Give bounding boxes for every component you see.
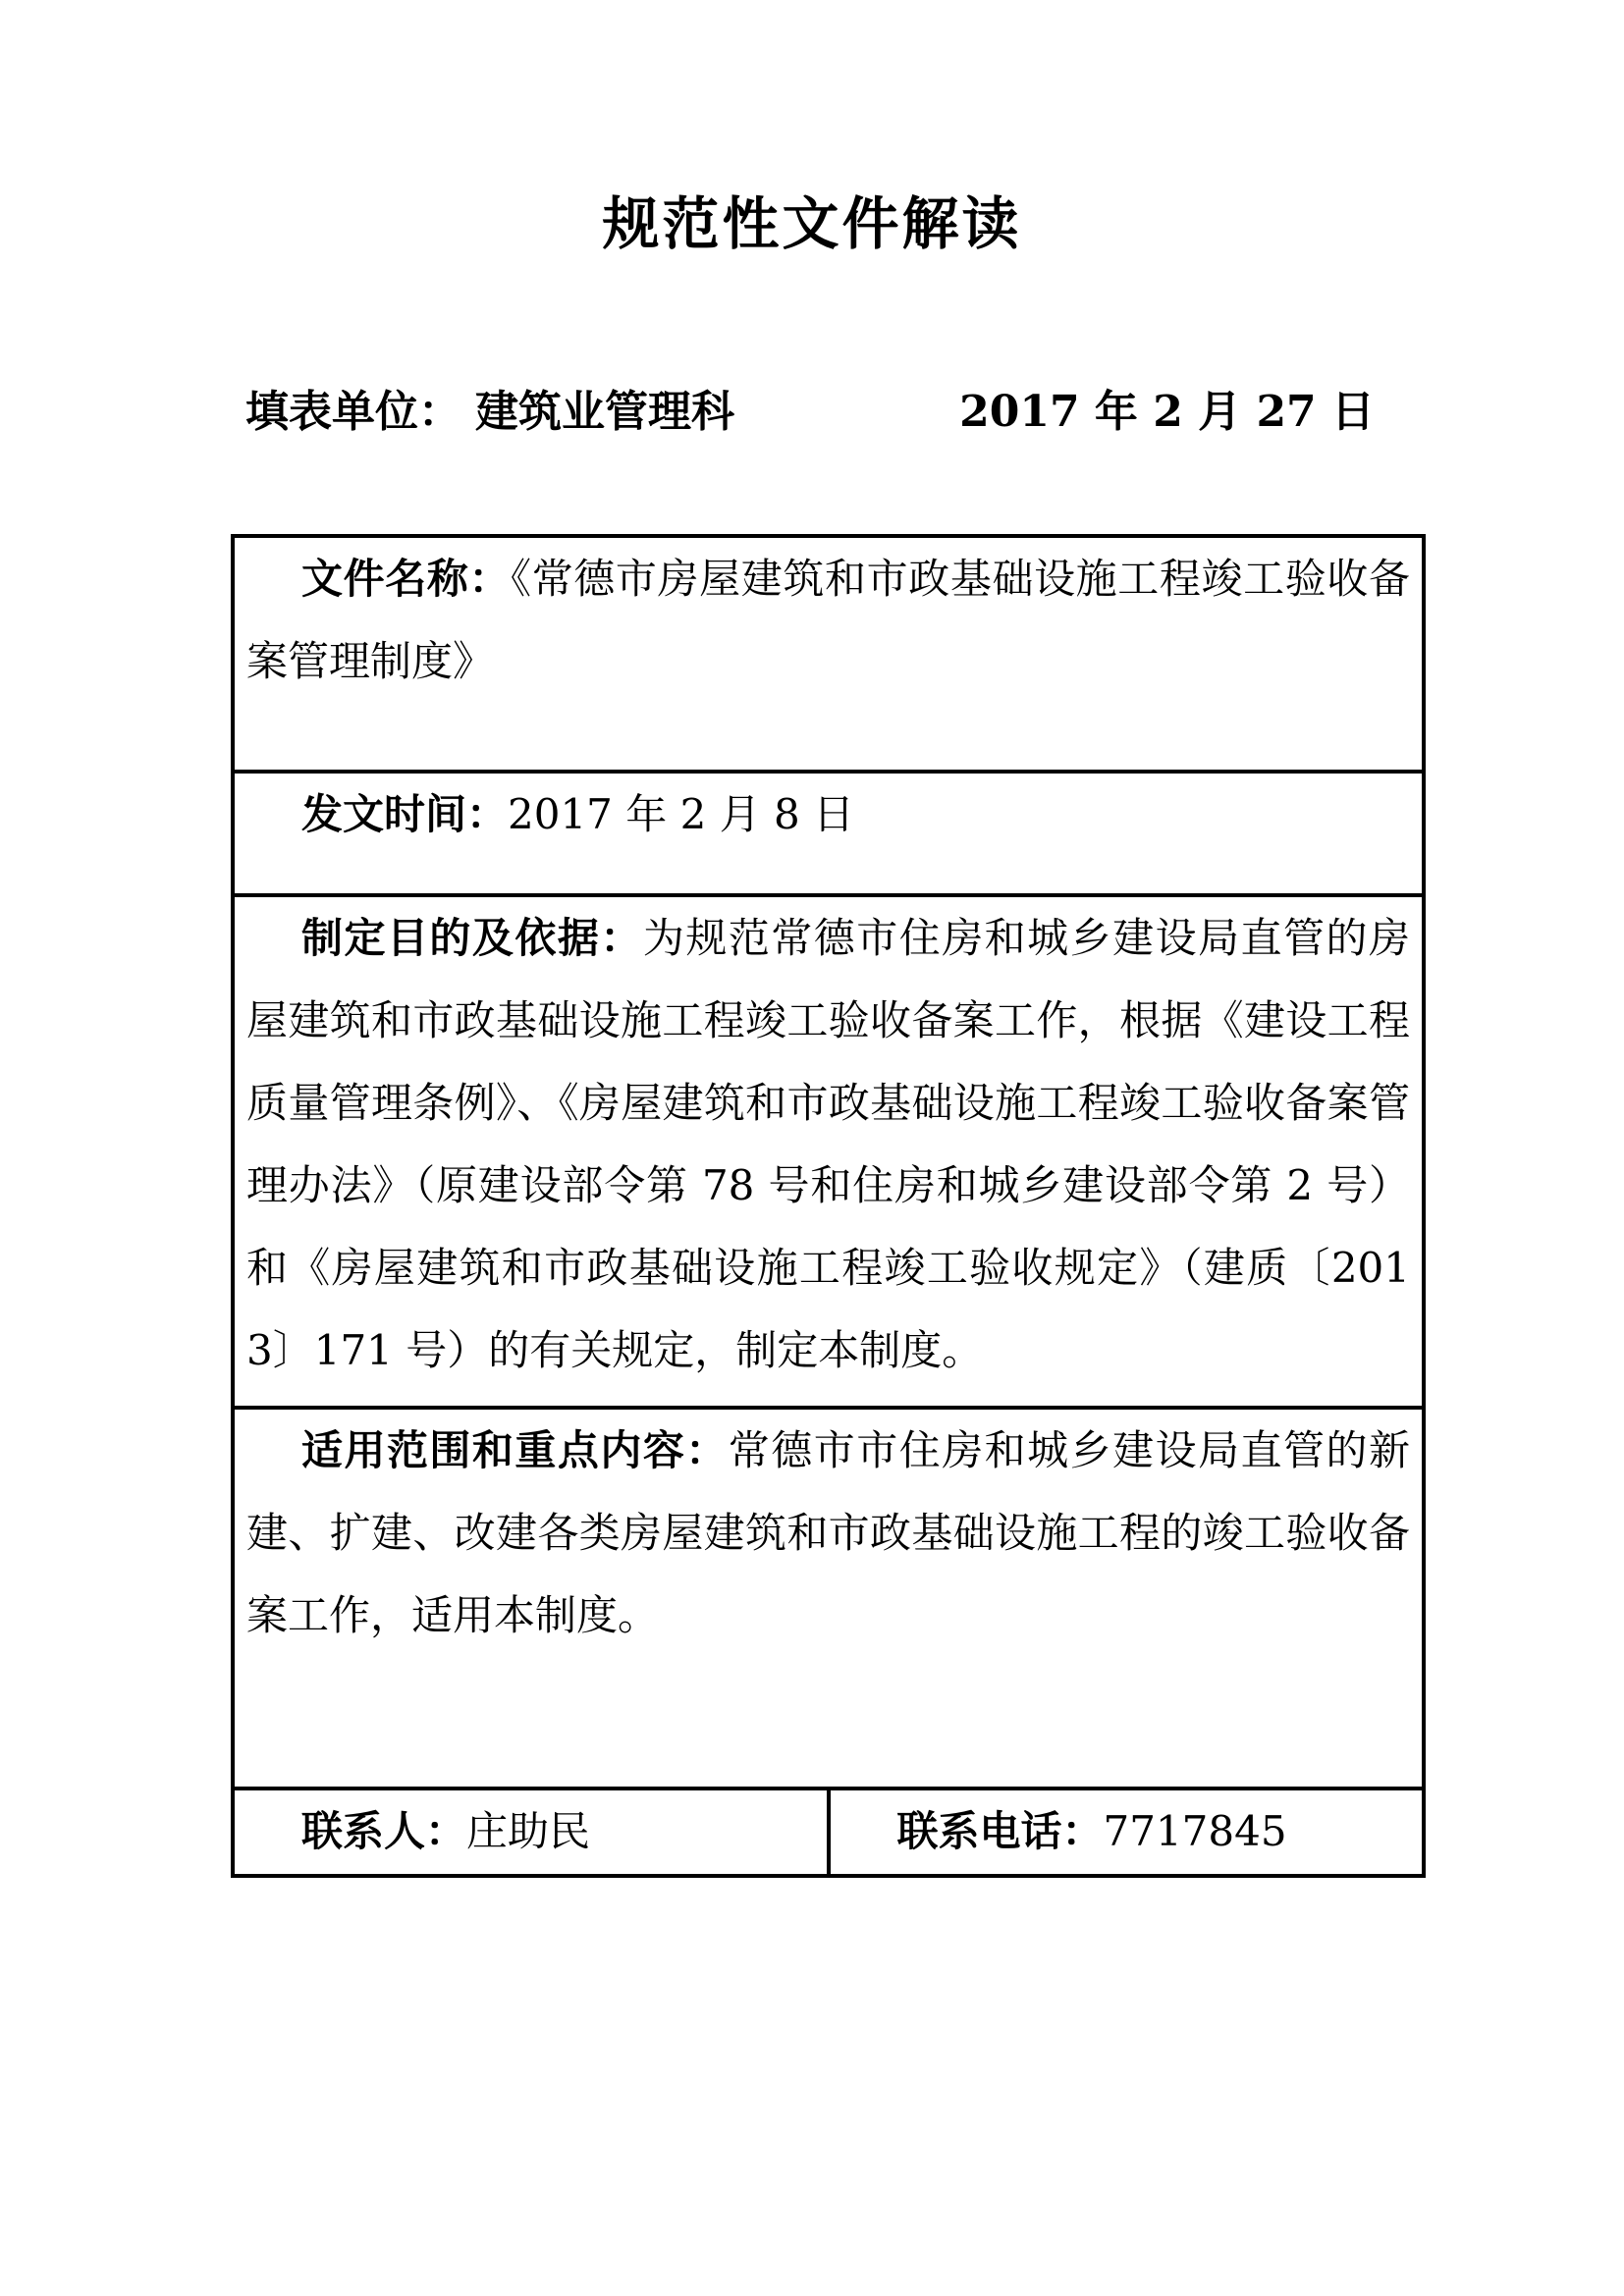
contact-phone-value: 7717845 <box>1104 1807 1287 1855</box>
form-date: 2017 年 2 月 27 日 <box>959 384 1426 440</box>
table-row-contacts: 联系人：庄助民 联系电话：7717845 <box>233 1789 1424 1876</box>
filling-unit-value: 建筑业管理科 <box>475 387 734 437</box>
table-row-purpose-basis: 制定目的及依据：为规范常德市住房和城乡建设局直管的房屋建筑和市政基础设施工程竣工… <box>233 895 1424 1408</box>
issue-date-paragraph: 发文时间：2017 年 2 月 8 日 <box>246 774 1410 856</box>
purpose-basis-value: 为规范常德市住房和城乡建设局直管的房屋建筑和市政基础设施工程竣工验收备案工作，根… <box>246 914 1410 1374</box>
contact-person-cell: 联系人：庄助民 <box>233 1789 829 1876</box>
document-table: 文件名称：《常德市房屋建筑和市政基础设施工程竣工验收备案管理制度》 发文时间：2… <box>231 534 1426 1878</box>
contact-phone-cell: 联系电话：7717845 <box>829 1789 1425 1876</box>
file-name-paragraph: 文件名称：《常德市房屋建筑和市政基础设施工程竣工验收备案管理制度》 <box>246 538 1410 703</box>
purpose-basis-paragraph: 制定目的及依据：为规范常德市住房和城乡建设局直管的房屋建筑和市政基础设施工程竣工… <box>246 897 1410 1392</box>
file-name-cell: 文件名称：《常德市房屋建筑和市政基础设施工程竣工验收备案管理制度》 <box>233 536 1424 772</box>
table-row-file-name: 文件名称：《常德市房屋建筑和市政基础设施工程竣工验收备案管理制度》 <box>233 536 1424 772</box>
purpose-basis-label: 制定目的及依据： <box>301 914 643 962</box>
purpose-basis-cell: 制定目的及依据：为规范常德市住房和城乡建设局直管的房屋建筑和市政基础设施工程竣工… <box>233 895 1424 1408</box>
contact-phone-label: 联系电话： <box>897 1807 1104 1855</box>
page-title: 规范性文件解读 <box>0 0 1624 260</box>
scope-content-cell: 适用范围和重点内容：常德市市住房和城乡建设局直管的新建、扩建、改建各类房屋建筑和… <box>233 1408 1424 1789</box>
contact-person-paragraph: 联系人：庄助民 <box>246 1790 815 1873</box>
contact-person-value: 庄助民 <box>466 1807 590 1855</box>
form-info-line: 填表单位：建筑业管理科 2017 年 2 月 27 日 <box>231 384 1426 440</box>
contact-phone-paragraph: 联系电话：7717845 <box>842 1790 1411 1873</box>
issue-date-value: 2017 年 2 月 8 日 <box>508 790 854 838</box>
document-page: 规范性文件解读 填表单位：建筑业管理科 2017 年 2 月 27 日 文件名称… <box>0 0 1624 2296</box>
file-name-label: 文件名称： <box>301 555 511 603</box>
issue-date-label: 发文时间： <box>301 790 508 838</box>
table-row-scope-content: 适用范围和重点内容：常德市市住房和城乡建设局直管的新建、扩建、改建各类房屋建筑和… <box>233 1408 1424 1789</box>
filling-unit-label: 填表单位： <box>245 387 461 437</box>
issue-date-cell: 发文时间：2017 年 2 月 8 日 <box>233 772 1424 895</box>
scope-content-paragraph: 适用范围和重点内容：常德市市住房和城乡建设局直管的新建、扩建、改建各类房屋建筑和… <box>246 1410 1410 1657</box>
filling-unit: 填表单位：建筑业管理科 <box>231 384 734 440</box>
contact-person-label: 联系人： <box>301 1807 466 1855</box>
scope-content-label: 适用范围和重点内容： <box>301 1426 729 1474</box>
table-row-issue-date: 发文时间：2017 年 2 月 8 日 <box>233 772 1424 895</box>
